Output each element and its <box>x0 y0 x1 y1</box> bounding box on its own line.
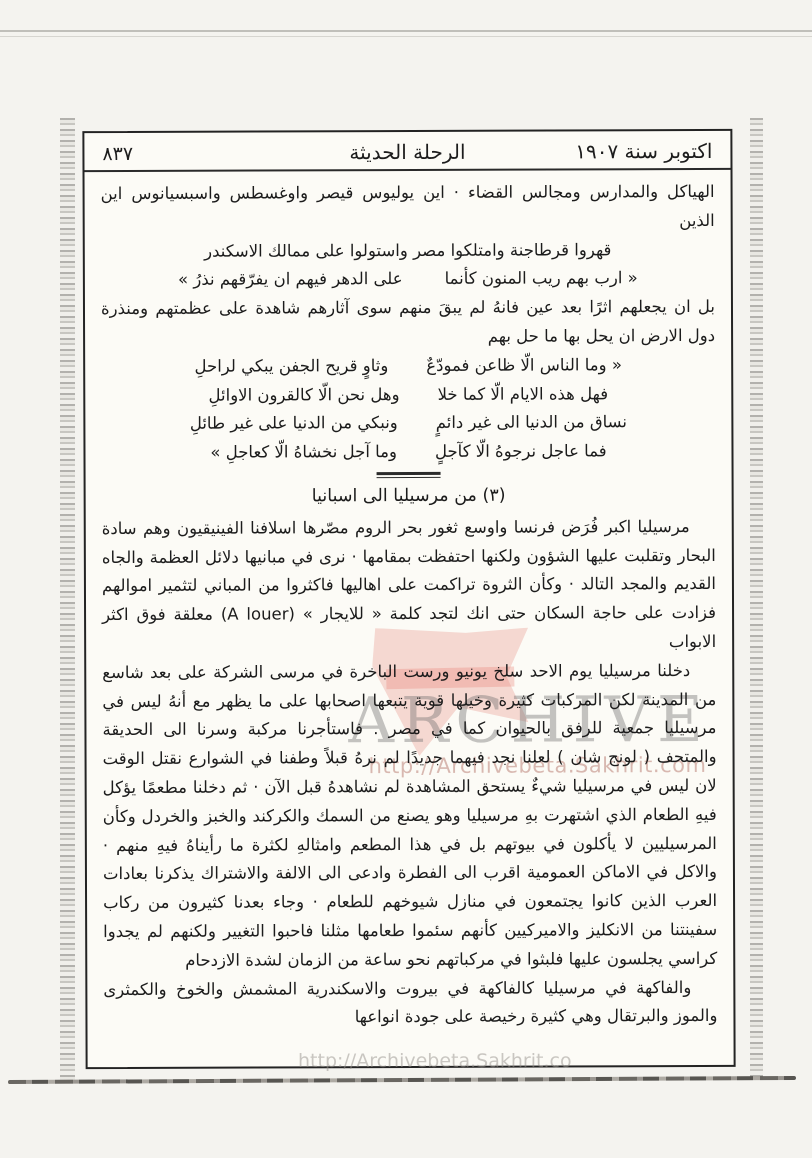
poem-line: فهل هذه الايام الّا كما خلا وهل نحن الّا… <box>101 380 715 411</box>
poem-line-4-right: فما عاجل نرجوهُ الّا كآجلٍ <box>435 437 607 466</box>
intro-verse-left-hemistich: على الدهر فيهم ان يفرّقهم نذرُ » <box>178 265 403 295</box>
scanned-book-photo: ARCHIVE http://Archivebeta.Sakhrit.com ا… <box>0 0 812 1158</box>
poem-line: نساق من الدنيا الى غير دائمٍ ونبكي من ال… <box>101 408 715 439</box>
poem-line: « وما الناس الّا ظاعن فمودّعٌ وثاوٍ قريح… <box>101 351 715 382</box>
paragraph-4: دخلنا مرسيليا يوم الاحد سلخ يونيو ورست ا… <box>102 657 717 976</box>
poem-line-1-right: « وما الناس الّا ظاعن فمودّعٌ <box>426 351 622 380</box>
archive-watermark-url-bottom: http://Archivebeta.Sakhrit.co <box>298 1050 572 1072</box>
intro-verse: « ارب بهم ريب المنون كأنما على الدهر فيه… <box>101 264 715 295</box>
page-header: اكتوبر سنة ١٩٠٧ الرحلة الحديثة ٨٣٧ <box>84 131 730 172</box>
photo-top-line <box>0 30 812 32</box>
poem-line-2-right: فهل هذه الايام الّا كما خلا <box>438 380 609 409</box>
paragraph-1-line-2: قهروا قرطاجنة وامتلكوا مصر واستولوا على … <box>101 236 715 267</box>
paragraph-3: مرسيليا اكبر فُرَض فرنسا واوسع ثغور بحر … <box>102 513 716 659</box>
section-divider <box>377 472 441 478</box>
poem-line-1-left: وثاوٍ قريح الجفن يبكي لراحلِ <box>194 352 388 381</box>
book-page: ARCHIVE http://Archivebeta.Sakhrit.com ا… <box>82 129 735 1069</box>
poem-line-4-left: وما آجل نخشاهُ الّا كعاجلِ » <box>210 438 397 467</box>
page-bottom-edge <box>8 1076 796 1084</box>
header-page-number: ٨٣٧ <box>102 142 305 165</box>
poem-line: فما عاجل نرجوهُ الّا كآجلٍ وما آجل نخشاه… <box>101 437 715 468</box>
paragraph-1-line-1: الهياكل والمدارس ومجالس القضاء · اين يول… <box>101 178 715 238</box>
page-body: الهياكل والمدارس ومجالس القضاء · اين يول… <box>85 170 734 1033</box>
header-issue-date: اكتوبر سنة ١٩٠٧ <box>509 139 712 164</box>
book-spine-left-texture <box>60 118 75 1080</box>
photo-top-line-2 <box>0 36 812 37</box>
poem-line-3-right: نساق من الدنيا الى غير دائمٍ <box>436 409 627 438</box>
poem-line-3-left: ونبكي من الدنيا على غير طائلِ <box>190 409 398 439</box>
header-book-title: الرحلة الحديثة <box>306 140 509 165</box>
intro-verse-right-hemistich: « ارب بهم ريب المنون كأنما <box>445 265 638 294</box>
paragraph-2: بل ان يجعلهم اثرًا بعد عين فانهُ لم يبقَ… <box>101 293 715 353</box>
book-edge-right-texture <box>750 118 763 1080</box>
section-heading: (٣) من مرسيليا الى اسبانيا <box>102 481 716 512</box>
poem-line-2-left: وهل نحن الّا كالقرون الاوائلِ <box>208 381 399 410</box>
poem: « وما الناس الّا ظاعن فمودّعٌ وثاوٍ قريح… <box>101 351 715 468</box>
paragraph-5: والفاكهة في مرسيليا كالفاكهة في بيروت وا… <box>103 973 717 1033</box>
